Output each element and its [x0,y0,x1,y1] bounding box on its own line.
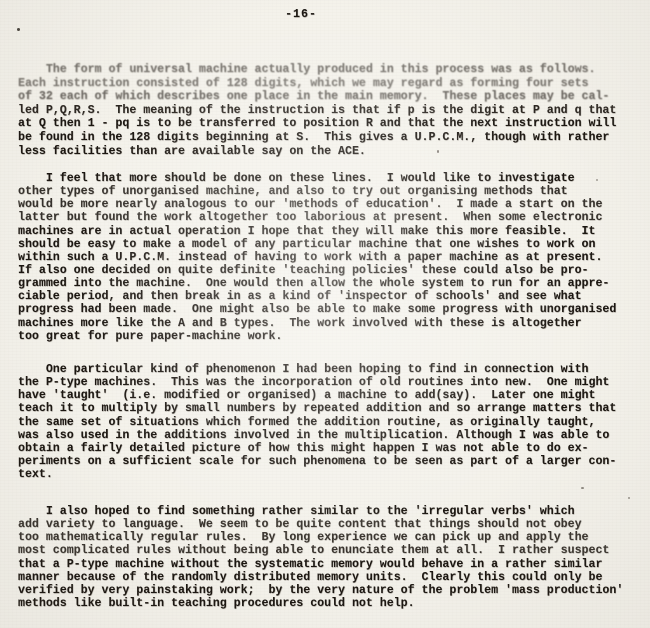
paragraph-p-type-phenomenon: One particular kind of phenomenon I had … [18,363,616,481]
text-line: text. [18,468,616,481]
text-line: add variety to language. We seem to be q… [18,518,623,531]
text-line: progress had been made. One might also b… [18,303,616,316]
text-line: If also one decided on quite definite 't… [18,264,616,277]
text-line: other types of unorganised machine, and … [18,185,616,198]
text-line: obtain a fairly detailed picture of how … [18,442,616,455]
text-line: manner because of the randomly distribut… [18,571,623,584]
text-line: at Q then 1 - pq is to be transferred to… [18,117,616,131]
text-line: would be more nearly analogous to our 'm… [18,198,616,211]
text-line: too great for pure paper-machine work. [18,330,616,343]
document-page: -16- The form of universal machine actua… [0,0,650,628]
scan-speck [596,179,598,181]
text-line: I also hoped to find something rather si… [18,505,623,518]
text-line: have 'taught' (i.e. modified or organise… [18,389,616,402]
paragraph-irregular-verbs: I also hoped to find something rather si… [18,505,623,610]
text-line: machines are in actual operation I hope … [18,225,616,238]
text-line: ciable period, and then break in as a ki… [18,290,616,303]
text-line: the same set of situations which formed … [18,416,616,429]
text-line: methods like built-in teaching procedure… [18,597,623,610]
scan-speck [628,497,630,499]
scan-speck [581,487,584,489]
text-line: that a P-type machine without the system… [18,558,623,571]
text-line: teach it to multiply by small numbers by… [18,402,616,415]
page-number: -16- [0,8,626,21]
text-line: led P,Q,R,S. The meaning of the instruct… [18,104,616,118]
text-line: machines more like the A and B types. Th… [18,317,616,330]
text-line: Each instruction consisted of 128 digits… [18,77,616,91]
text-line: of 32 each of which describes one place … [18,90,616,104]
text-line: grammed into the machine. One would then… [18,277,616,290]
text-line: latter but found the work altogether too… [18,211,616,224]
text-line: within such a U.P.C.M. instead of having… [18,251,616,264]
text-line: less facilities than are available say o… [18,145,616,159]
scan-speck [437,150,439,153]
text-line: was also used in the additions involved … [18,429,616,442]
text-line: be found in the 128 digits beginning at … [18,131,616,145]
text-line: the P-type machines. This was the incorp… [18,376,616,389]
text-line: periments on a sufficient scale for such… [18,455,616,468]
text-line: I feel that more should be done on these… [18,172,616,185]
text-line: One particular kind of phenomenon I had … [18,363,616,376]
text-line: should be easy to make a model of any pa… [18,238,616,251]
text-line: most complicated rules without being abl… [18,544,623,557]
scan-speck [17,28,20,31]
paragraph-universal-machine: The form of universal machine actually p… [18,63,616,158]
text-line: The form of universal machine actually p… [18,63,616,77]
text-line: too mathematically regular rules. By lon… [18,531,623,544]
text-line: verified by very painstaking work; by th… [18,584,623,597]
paragraph-further-work: I feel that more should be done on these… [18,172,616,343]
